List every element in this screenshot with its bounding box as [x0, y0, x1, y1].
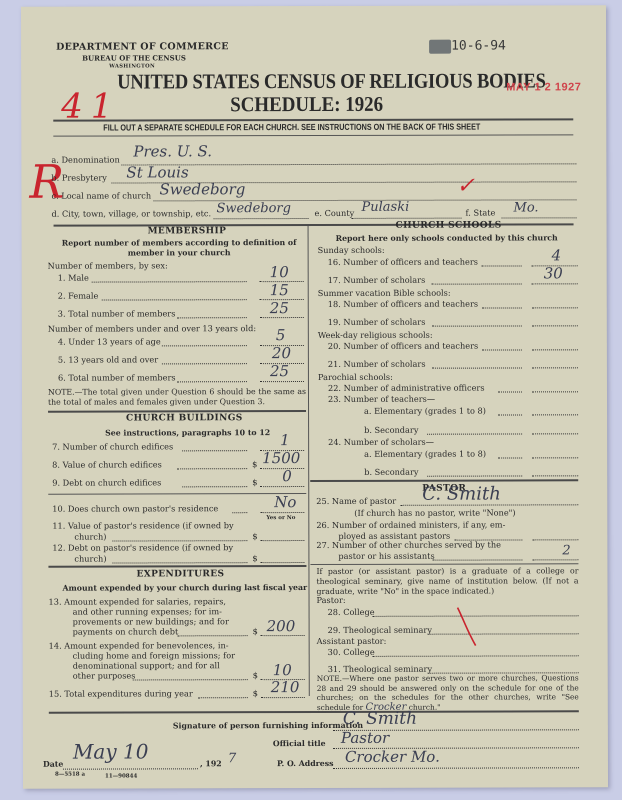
q3-leader	[177, 317, 247, 318]
q15-line	[261, 697, 305, 698]
q9-dollar: $	[252, 477, 257, 487]
department-name: DEPARTMENT OF COMMERCE	[56, 41, 229, 52]
q11-label-cont: church)	[74, 532, 106, 542]
q29-label: 29. Theological seminary	[328, 625, 432, 635]
county-field[interactable]: Pulaski	[361, 200, 409, 215]
official-title-label: Official title	[273, 739, 326, 748]
q24-label: 24. Number of scholars—	[328, 437, 434, 447]
print-code: 11—90844	[105, 773, 137, 779]
q23b-field	[532, 433, 578, 434]
date-line	[63, 768, 198, 769]
q31-label: 31. Theological seminary	[328, 664, 432, 674]
q23a-label: a. Elementary (grades 1 to 8)	[364, 406, 486, 416]
q6-line	[260, 381, 304, 382]
q25-label: 25. Name of pastor	[316, 496, 396, 506]
red-slash-mark-icon	[456, 606, 480, 648]
q17-field[interactable]: 30	[544, 264, 563, 282]
q8-leader	[177, 468, 247, 469]
q1-leader	[92, 281, 247, 282]
buildings-intro: See instructions, paragraphs 10 to 12	[105, 428, 270, 437]
q14-leader	[133, 679, 248, 680]
q25-pastor-name-field[interactable]: C. Smith	[422, 484, 501, 505]
q23a-leader	[498, 414, 522, 415]
weekday-schools-label: Week-day religious schools:	[318, 330, 433, 340]
by-sex-label: Number of members, by sex:	[48, 260, 168, 270]
q12-dollar: $	[252, 553, 257, 563]
q11-dollar: $	[252, 531, 257, 541]
q20-field	[532, 349, 578, 350]
local-name-field[interactable]: Swedeborg	[159, 180, 245, 198]
graduate-note: If pastor (or assistant pastor) is a gra…	[316, 566, 578, 597]
po-address-line	[333, 767, 579, 769]
q27-label: 27. Number of other churches served by t…	[316, 540, 501, 550]
q4-leader	[162, 345, 247, 346]
form-title: UNITED STATES CENSUS OF RELIGIOUS BODIES	[117, 68, 546, 94]
membership-rule	[48, 410, 306, 413]
q22-field	[532, 391, 578, 392]
q8-dollar: $	[252, 459, 257, 469]
form-code: 8—5518 a	[55, 772, 85, 778]
q13-label-1: 13. Amount expended for salaries, repair…	[49, 596, 227, 606]
q23b-label: b. Secondary	[364, 425, 418, 435]
q6-total-field[interactable]: 25	[270, 362, 289, 380]
schools-heading: CHURCH SCHOOLS	[396, 221, 502, 231]
q14-label-1: 14. Amount expended for benevolences, in…	[49, 640, 229, 650]
q21-leader	[432, 367, 522, 368]
q14-label-2: cluding home and foreign missions; for	[73, 650, 235, 660]
q15-leader	[198, 697, 248, 698]
q18-label: 18. Number of officers and teachers	[328, 299, 478, 309]
q16-leader	[482, 265, 522, 266]
q4-under13-field[interactable]: 5	[276, 326, 286, 344]
denomination-line	[121, 163, 576, 165]
q16-field[interactable]: 4	[552, 246, 562, 264]
q15-label: 15. Total expenditures during year	[49, 688, 193, 698]
q17-label: 17. Number of scholars	[328, 275, 426, 285]
q20-leader	[482, 349, 522, 350]
q25-hint: (If church has no pastor, write "None")	[354, 507, 515, 517]
expenditures-heading: EXPENDITURES	[136, 569, 224, 579]
q30-field	[373, 655, 579, 657]
q6-leader	[177, 381, 247, 382]
membership-intro: Report number of members according to de…	[62, 238, 297, 259]
q13-label-4: payments on church debt	[73, 626, 179, 636]
fill-instructions: FILL OUT A SEPARATE SCHEDULE FOR EACH CH…	[103, 122, 480, 133]
q19-field	[532, 325, 578, 326]
q18-leader	[482, 307, 522, 308]
pastor-note: NOTE.—Where one pastor serves two or mor…	[317, 673, 579, 712]
q21-field	[532, 367, 578, 368]
ink-blot-icon	[429, 39, 451, 53]
po-address-label: P. O. Address	[277, 759, 334, 768]
year-prefix: , 192	[200, 759, 222, 768]
q5-label: 5. 13 years old and over	[58, 354, 158, 364]
q9-leader	[182, 486, 247, 487]
q26-label: 26. Number of ordained ministers, if any…	[316, 520, 505, 530]
q24b-leader	[427, 475, 522, 476]
q2-label: 2. Female	[58, 291, 99, 301]
q19-leader	[432, 325, 522, 326]
q15-total-field[interactable]: 210	[271, 678, 300, 696]
q11-label: 11. Value of pastor's residence (if owne…	[52, 520, 233, 530]
q21-label: 21. Number of scholars	[328, 359, 426, 369]
q7-leader	[182, 450, 247, 451]
assistant-pastor-sublabel: Assistant pastor:	[317, 636, 387, 646]
parochial-schools-label: Parochial schools:	[318, 372, 393, 382]
q6-label: 6. Total number of members	[58, 372, 176, 382]
q2-leader	[102, 299, 247, 300]
q26-field	[532, 539, 578, 540]
buildings-rule	[48, 565, 306, 568]
q13-leader	[178, 635, 248, 636]
summer-schools-label: Summer vacation Bible schools:	[318, 288, 451, 298]
sunday-schools-label: Sunday schools:	[318, 245, 385, 255]
q3-line	[260, 317, 304, 318]
q9-label: 9. Debt on church edifices	[52, 477, 161, 487]
q14-dollar: $	[253, 670, 258, 680]
denomination-label: a. Denomination	[51, 155, 119, 165]
q24a-label: a. Elementary (grades 1 to 8)	[364, 449, 486, 459]
q17-leader	[432, 283, 522, 284]
q30-label: 30. College	[328, 647, 375, 657]
q14-label-3: denominational support; and for all	[73, 660, 220, 670]
q23-label: 23. Number of teachers—	[328, 394, 435, 404]
q20-label: 20. Number of officers and teachers	[328, 341, 478, 351]
q27-other-churches-field[interactable]: 2	[562, 543, 570, 558]
q23b-leader	[427, 433, 522, 434]
po-address-field[interactable]: Crocker Mo.	[345, 748, 440, 766]
q22-label: 22. Number of administrative officers	[328, 383, 485, 393]
q27-line	[532, 559, 578, 560]
q27-leader	[432, 559, 522, 560]
q5-over13-field[interactable]: 20	[272, 344, 291, 362]
q13-dollar: $	[253, 626, 258, 636]
denomination-field[interactable]: Pres. U. S.	[133, 142, 212, 160]
county-label: e. County	[315, 208, 355, 218]
membership-note: NOTE.—The total given under Question 6 s…	[48, 387, 306, 408]
q24b-label: b. Secondary	[364, 467, 418, 477]
pastor-sublabel: Pastor:	[317, 595, 346, 605]
q8-value-field[interactable]: 1500	[262, 449, 300, 467]
schools-rule	[310, 479, 578, 482]
q15-dollar: $	[253, 688, 258, 698]
date-field[interactable]: May 10	[73, 739, 149, 763]
bureau-name: BUREAU OF THE CENSUS	[82, 53, 186, 62]
footer-rule	[49, 710, 579, 713]
form-subtitle: SCHEDULE: 1926	[230, 92, 383, 117]
schools-intro: Report here only schools conducted by th…	[336, 233, 558, 243]
q13-label-2: and other running expenses; for im-	[73, 606, 222, 616]
by-age-label: Number of members under and over 13 year…	[48, 323, 256, 334]
q5-leader	[162, 363, 247, 364]
red-checkmark-icon: ✓	[456, 174, 475, 199]
q24b-field	[532, 475, 578, 476]
pastor-inner-rule	[310, 563, 578, 565]
q1-male-field[interactable]: 10	[270, 263, 289, 281]
q9-line	[260, 486, 304, 487]
signature-label: Signature of person furnishing informati…	[173, 721, 363, 730]
q18-field	[532, 307, 578, 308]
q3-total-field[interactable]: 25	[270, 299, 289, 317]
buildings-heading: CHURCH BUILDINGS	[126, 413, 243, 423]
date-label: Date	[43, 760, 63, 769]
q29-field	[428, 633, 579, 634]
q22-leader	[498, 391, 522, 392]
q14-benevolences-field[interactable]: 10	[273, 661, 292, 679]
q10-line	[260, 512, 304, 513]
received-date-stamp: MAY 1 2 1927	[506, 81, 581, 93]
q7-label: 7. Number of church edifices	[52, 441, 173, 451]
q19-label: 19. Number of scholars	[328, 317, 426, 327]
buildings-inner-rule	[48, 493, 306, 495]
state-line	[502, 217, 577, 218]
q7-edifices-field[interactable]: 1	[280, 431, 290, 449]
q13-label-3: provements or new buildings; and for	[73, 616, 229, 626]
county-line	[352, 218, 462, 219]
q12-leader	[112, 562, 247, 563]
file-number-stamp: 10-6-94	[429, 38, 506, 53]
official-title-field[interactable]: Pastor	[341, 729, 389, 747]
q24a-leader	[498, 457, 522, 458]
q8-label: 8. Value of church edifices	[52, 459, 162, 469]
q11-field	[260, 540, 304, 541]
membership-heading: MEMBERSHIP	[148, 226, 227, 236]
year-field[interactable]: 7	[228, 751, 236, 766]
city-line	[214, 218, 309, 219]
q2-female-field[interactable]: 15	[270, 281, 289, 299]
city-field[interactable]: Swedeborg	[216, 201, 290, 216]
q28-label: 28. College	[328, 607, 375, 617]
q4-label: 4. Under 13 years of age	[58, 336, 161, 346]
q16-label: 16. Number of officers and teachers	[328, 257, 478, 267]
q10-label: 10. Does church own pastor's residence	[52, 503, 218, 513]
column-divider	[308, 226, 310, 696]
local-name-label: c. Local name of church	[51, 190, 151, 200]
state-label: f. State	[466, 208, 496, 218]
q1-label: 1. Male	[58, 273, 89, 283]
q13-line	[261, 635, 305, 636]
q9-debt-field[interactable]: 0	[282, 467, 292, 485]
q3-label: 3. Total number of members	[58, 308, 176, 318]
q12-label: 12. Debt on pastor's residence (if owned…	[52, 542, 233, 552]
expenditures-intro: Amount expended by your church during la…	[62, 583, 307, 593]
q12-label-cont: church)	[74, 554, 106, 564]
q24a-field	[532, 457, 578, 458]
instructions-rule	[53, 134, 573, 136]
presbytery-label: b. Presbytery	[51, 173, 106, 183]
q10-leader	[232, 512, 247, 513]
q10-hint: Yes or No	[266, 515, 295, 521]
presbytery-field[interactable]: St Louis	[126, 163, 188, 181]
q17-line	[532, 283, 578, 284]
q14-label-4: other purposes	[73, 670, 136, 680]
state-field[interactable]: Mo.	[513, 200, 538, 215]
q23a-field	[532, 414, 578, 415]
q13-salaries-field[interactable]: 200	[267, 617, 296, 635]
q27-label-cont: pastor or his assistants	[338, 551, 434, 561]
city-label: d. City, town, village, or township, etc…	[52, 208, 212, 218]
q10-owns-residence-field[interactable]: No	[274, 493, 296, 511]
signature-field[interactable]: C. Smith	[343, 709, 417, 729]
q12-field	[260, 562, 304, 563]
census-schedule-sheet: DEPARTMENT OF COMMERCE BUREAU OF THE CEN…	[21, 5, 608, 789]
